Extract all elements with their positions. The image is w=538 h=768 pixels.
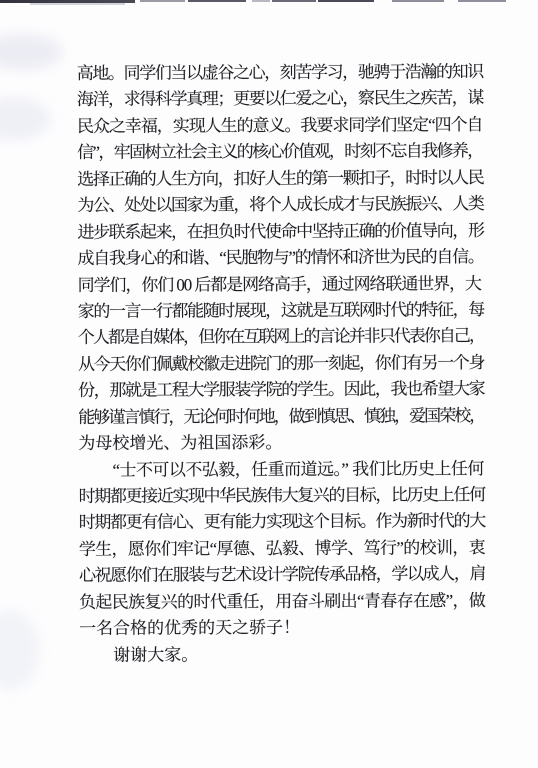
text-line: 负起民族复兴的时代重任，用奋斗刷出“青春存在感”，做 [79,588,485,616]
scan-artifact-dash [272,0,316,2]
scan-artifact-smudge [0,98,50,140]
scan-artifact-dash [188,0,246,2]
scan-artifact-dash [392,0,444,2]
document-text: 高地。同学们当以虚谷之心，刻苦学习，驰骋于浩瀚的知识海洋，求得科学真理；更要以仁… [77,59,486,669]
text-line: 份，那就是工程大学服装学院的学生。因此，我也希望大家 [78,376,484,404]
scan-artifact-dash [458,0,506,2]
text-line: 高地。同学们当以虚谷之心，刻苦学习，驰骋于浩瀚的知识 [77,59,483,87]
text-line: 时期都更有信心、更有能力实现这个目标。作为新时代的大 [79,509,485,537]
text-line: 为公、处处以国家为重，将个人成长成才与民族振兴、人类 [77,191,483,219]
paragraph: 谢谢大家。 [79,641,485,669]
text-line: “士不可以不弘毅，任重而道远。” 我们比历史上任何 [78,456,484,484]
scan-artifact-dash [140,0,185,2]
text-line: 选择正确的人生方向，扣好人生的第一颗扣子，时时以人民 [77,165,483,193]
scan-artifact-dash [252,0,270,2]
scan-artifact-dash [0,0,135,3]
text-line: 谢谢大家。 [79,641,485,669]
text-line: 个人都是自媒体，但你在互联网上的言论并非只代表你自己， [78,323,484,351]
scan-artifact-smudge [0,34,62,70]
text-line: 从今天你们佩戴校徽走进院门的那一刻起，你们有另一个身 [78,350,484,378]
text-line: 家的一言一行都能随时展现，这就是互联网时代的特征，每 [78,297,484,325]
text-line: 信”，牢固树立社会主义的核心价值观，时刻不忘自我修养， [77,138,483,166]
paragraph: 高地。同学们当以虚谷之心，刻苦学习，驰骋于浩瀚的知识海洋，求得科学真理；更要以仁… [77,59,485,457]
text-line: 心祝愿你们在服装与艺术设计学院传承品格，学以成人，肩 [79,561,485,589]
text-line: 学生，愿你们牢记“厚德、弘毅、博学、笃行”的校训，衷 [79,535,485,563]
text-line: 海洋，求得科学真理；更要以仁爱之心，察民生之疾苦，谋 [77,86,483,114]
text-line: 时期都更接近实现中华民族伟大复兴的目标，比历史上任何 [79,482,485,510]
text-line: 民众之幸福，实现人生的意义。我要求同学们坚定“四个自 [77,112,483,140]
text-line: 进步联系起来，在担负时代使命中坚持正确的价值导向，形 [77,218,483,246]
text-line: 为母校增光、为祖国添彩。 [78,429,484,457]
text-line: 同学们，你们 00 后都是网络高手，通过网络联通世界，大 [78,271,484,299]
scan-artifact-smudge [0,610,40,690]
text-line: 成自我身心的和谐、“民胞物与”的情怀和济世为民的自信。 [77,244,483,272]
scan-artifact-dash [318,0,374,2]
text-line: 能够谨言慎行，无论何时何地，做到慎思、慎独，爱国荣校， [78,403,484,431]
paragraph: “士不可以不弘毅，任重而道远。” 我们比历史上任何时期都更接近实现中华民族伟大复… [78,456,485,643]
document-page: 高地。同学们当以虚谷之心，刻苦学习，驰骋于浩瀚的知识海洋，求得科学真理；更要以仁… [0,0,538,768]
scan-artifact-dash [30,3,125,5]
text-line: 一名合格的优秀的天之骄子！ [79,614,485,642]
